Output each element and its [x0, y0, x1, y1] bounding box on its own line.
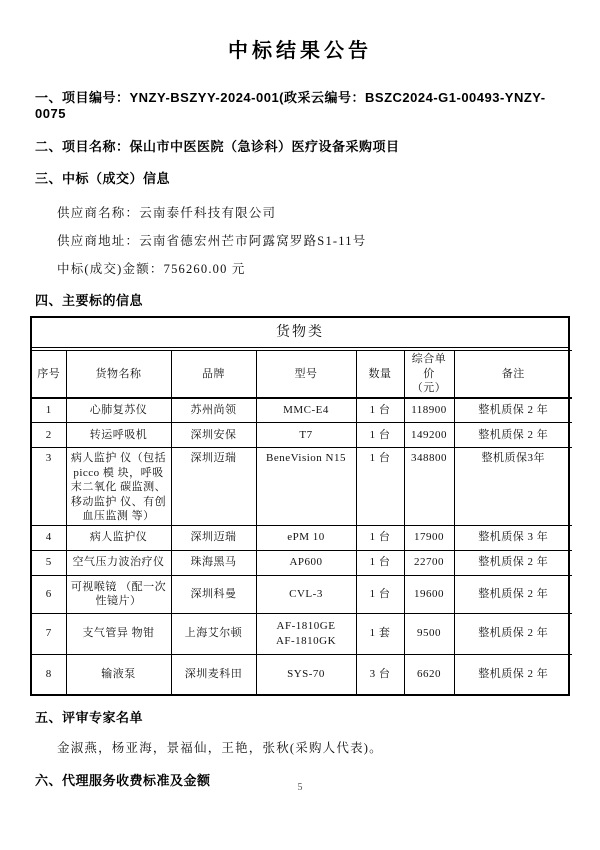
- cell-remark: 整机质保 2 年: [454, 654, 572, 694]
- cell-brand: 上海艾尔顿: [171, 613, 256, 654]
- cell-model: BeneVision N15: [256, 448, 356, 526]
- cell-qty: 1 台: [356, 525, 404, 550]
- cell-unit-price: 118900: [404, 398, 454, 423]
- cell-remark: 整机质保 2 年: [454, 613, 572, 654]
- cell-model: MMC-E4: [256, 398, 356, 423]
- table-header-row: 序号 货物名称 品牌 型号 数量 综合单价 （元） 备注: [32, 351, 572, 398]
- goods-table: 序号 货物名称 品牌 型号 数量 综合单价 （元） 备注 1 心肺复苏仪 苏州尚…: [32, 350, 572, 694]
- column-header-brand: 品牌: [171, 351, 256, 398]
- table-row: 8 输液泵 深圳麦科田 SYS-70 3 台 6620 整机质保 2 年: [32, 654, 572, 694]
- cell-brand: 珠海黑马: [171, 550, 256, 575]
- cell-model: SYS-70: [256, 654, 356, 694]
- experts-list-line: 金淑燕，杨亚海，景福仙，王艳，张秋(采购人代表)。: [57, 741, 570, 756]
- cell-seq: 5: [32, 550, 66, 575]
- column-header-model: 型号: [256, 351, 356, 398]
- cell-seq: 6: [32, 575, 66, 613]
- column-header-qty: 数量: [356, 351, 404, 398]
- cell-seq: 8: [32, 654, 66, 694]
- supplier-name-line: 供应商名称：云南泰仟科技有限公司: [57, 206, 570, 221]
- cell-remark: 整机质保 2 年: [454, 423, 572, 448]
- cell-remark: 整机质保 3 年: [454, 525, 572, 550]
- cell-brand: 苏州尚领: [171, 398, 256, 423]
- cell-brand: 深圳麦科田: [171, 654, 256, 694]
- cell-model: AF-1810GE AF-1810GK: [256, 613, 356, 654]
- page-title: 中标结果公告: [30, 34, 570, 63]
- document-page: 中标结果公告 一、项目编号：YNZY-BSZYY-2024-001(政采云编号：…: [0, 0, 600, 850]
- section-heading-project-name: 二、项目名称：保山市中医医院（急诊科）医疗设备采购项目: [35, 139, 570, 155]
- cell-model: AP600: [256, 550, 356, 575]
- table-row: 6 可视喉镜 （配一次 性镜片） 深圳科曼 CVL-3 1 台 19600 整机…: [32, 575, 572, 613]
- cell-unit-price: 348800: [404, 448, 454, 526]
- cell-seq: 7: [32, 613, 66, 654]
- cell-unit-price: 19600: [404, 575, 454, 613]
- cell-qty: 1 台: [356, 550, 404, 575]
- cell-brand: 深圳迈瑞: [171, 448, 256, 526]
- cell-unit-price: 22700: [404, 550, 454, 575]
- cell-model: ePM 10: [256, 525, 356, 550]
- cell-goods-name: 病人监护仪: [66, 525, 171, 550]
- cell-unit-price: 9500: [404, 613, 454, 654]
- cell-brand: 深圳迈瑞: [171, 525, 256, 550]
- cell-goods-name: 输液泵: [66, 654, 171, 694]
- column-header-remark: 备注: [454, 351, 572, 398]
- cell-qty: 1 套: [356, 613, 404, 654]
- table-row: 3 病人监护 仪（包括 picco 模 块，呼吸 末二氧化 碳监测、 移动监护 …: [32, 448, 572, 526]
- table-row: 2 转运呼吸机 深圳安保 T7 1 台 149200 整机质保 2 年: [32, 423, 572, 448]
- cell-remark: 整机质保 2 年: [454, 575, 572, 613]
- page-number: 5: [0, 782, 600, 793]
- cell-qty: 1 台: [356, 398, 404, 423]
- cell-goods-name: 可视喉镜 （配一次 性镜片）: [66, 575, 171, 613]
- cell-unit-price: 6620: [404, 654, 454, 694]
- award-amount-line: 中标(成交)金额：756260.00 元: [57, 262, 570, 277]
- cell-goods-name: 转运呼吸机: [66, 423, 171, 448]
- section-heading-main-subject: 四、主要标的信息: [35, 293, 570, 309]
- cell-remark: 整机质保 2 年: [454, 398, 572, 423]
- cell-qty: 1 台: [356, 423, 404, 448]
- table-category-header: 货物类: [32, 318, 568, 348]
- cell-seq: 2: [32, 423, 66, 448]
- column-header-seq: 序号: [32, 351, 66, 398]
- table-row: 5 空气压力波治疗仪 珠海黑马 AP600 1 台 22700 整机质保 2 年: [32, 550, 572, 575]
- cell-qty: 3 台: [356, 654, 404, 694]
- cell-brand: 深圳安保: [171, 423, 256, 448]
- supplier-address-line: 供应商地址：云南省德宏州芒市阿露窝罗路S1-11号: [57, 234, 570, 249]
- cell-model: CVL-3: [256, 575, 356, 613]
- table-row: 1 心肺复苏仪 苏州尚领 MMC-E4 1 台 118900 整机质保 2 年: [32, 398, 572, 423]
- cell-model: T7: [256, 423, 356, 448]
- goods-table-container: 货物类 序号 货物名称 品牌 型号 数量 综合单价 （元） 备注: [30, 316, 570, 696]
- section-heading-award-info: 三、中标（成交）信息: [35, 171, 570, 187]
- cell-goods-name: 心肺复苏仪: [66, 398, 171, 423]
- cell-remark: 整机质保 2 年: [454, 550, 572, 575]
- table-row: 7 支气管异 物钳 上海艾尔顿 AF-1810GE AF-1810GK 1 套 …: [32, 613, 572, 654]
- table-row: 4 病人监护仪 深圳迈瑞 ePM 10 1 台 17900 整机质保 3 年: [32, 525, 572, 550]
- cell-unit-price: 17900: [404, 525, 454, 550]
- cell-goods-name: 空气压力波治疗仪: [66, 550, 171, 575]
- cell-seq: 3: [32, 448, 66, 526]
- cell-remark: 整机质保3年: [454, 448, 572, 526]
- cell-seq: 1: [32, 398, 66, 423]
- cell-qty: 1 台: [356, 448, 404, 526]
- cell-seq: 4: [32, 525, 66, 550]
- column-header-goods-name: 货物名称: [66, 351, 171, 398]
- cell-brand: 深圳科曼: [171, 575, 256, 613]
- cell-unit-price: 149200: [404, 423, 454, 448]
- column-header-unit-price: 综合单价 （元）: [404, 351, 454, 398]
- section-heading-project-number: 一、项目编号：YNZY-BSZYY-2024-001(政采云编号：BSZC202…: [35, 90, 570, 122]
- cell-goods-name: 病人监护 仪（包括 picco 模 块，呼吸 末二氧化 碳监测、 移动监护 仪、…: [66, 448, 171, 526]
- section-heading-experts: 五、评审专家名单: [35, 710, 570, 726]
- cell-goods-name: 支气管异 物钳: [66, 613, 171, 654]
- cell-qty: 1 台: [356, 575, 404, 613]
